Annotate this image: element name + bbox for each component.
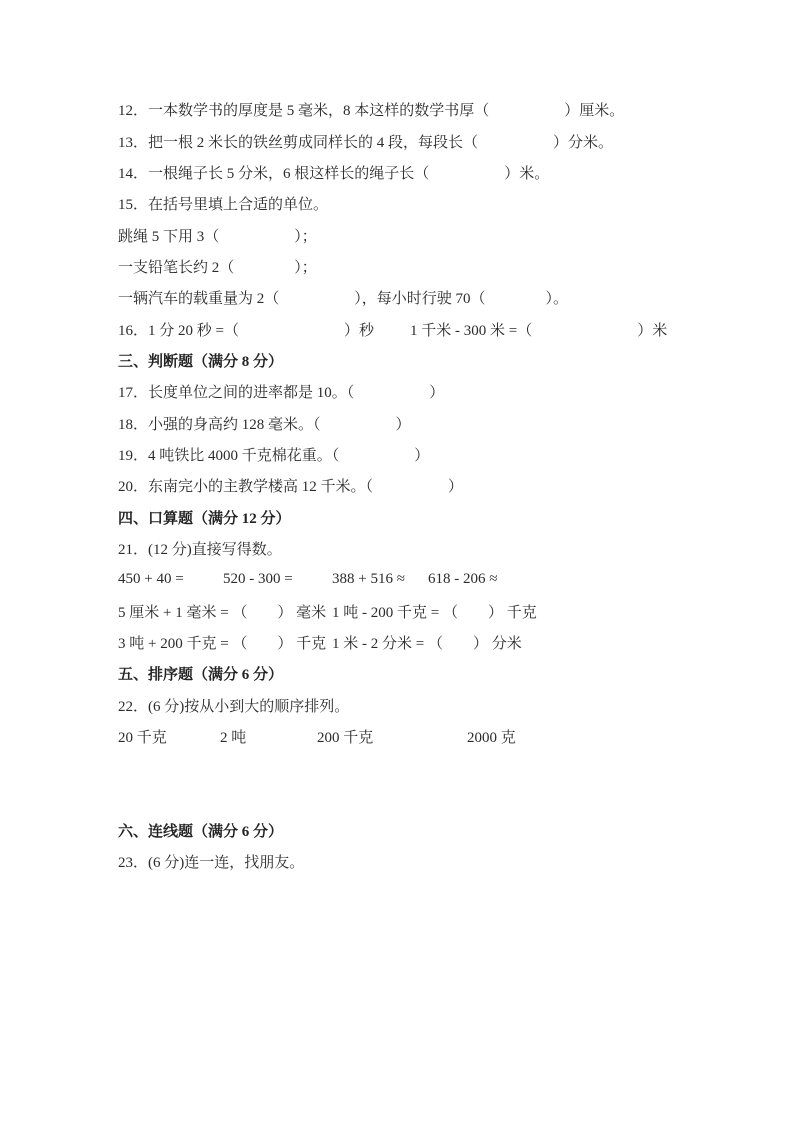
section-heading-sorting: 五、排序题（满分 6 分）	[118, 658, 733, 689]
question-15-item-1: 跳绳 5 下用 3（ ）；	[118, 219, 733, 250]
expression-ton-minus-kg: 1 吨 - 200 千克 = （ ） 千克	[332, 601, 537, 622]
section-heading-oral-calc: 四、口算题（满分 12 分）	[118, 501, 733, 532]
sort-item-2000g: 2000 克	[467, 726, 516, 747]
question-15-item-3: 一辆汽车的载重量为 2（ ），每小时行驶 70（ ）。	[118, 282, 733, 313]
question-22: 22．(6 分)按从小到大的顺序排列。	[118, 690, 733, 721]
question-17: 17．长度单位之间的进率都是 10。（ ）	[118, 376, 733, 407]
question-16-part-1: 16．1 分 20 秒 =（ ）秒	[118, 319, 410, 340]
expression-cm-plus-mm: 5 厘米 + 1 毫米 = （ ） 毫米	[118, 601, 332, 622]
blank-gap	[118, 752, 733, 815]
question-19: 19．4 吨铁比 4000 千克棉花重。（ ）	[118, 439, 733, 470]
oral-calc-row-1: 450 + 40 = 520 - 300 = 388 + 516 ≈ 618 -…	[118, 564, 733, 595]
exam-page: 12．一本数学书的厚度是 5 毫米，8 本这样的数学书厚（ ）厘米。 13．把一…	[0, 0, 793, 1122]
question-16: 16．1 分 20 秒 =（ ）秒 1 千米 - 300 米 =（ ）米	[118, 313, 733, 344]
question-20: 20．东南完小的主教学楼高 12 千米。（ ）	[118, 470, 733, 501]
question-21: 21．(12 分)直接写得数。	[118, 533, 733, 564]
sort-item-200kg: 200 千克	[317, 726, 467, 747]
section-heading-judgment: 三、判断题（满分 8 分）	[118, 345, 733, 376]
expression-450-plus-40: 450 + 40 =	[118, 571, 223, 588]
sort-items-row: 20 千克 2 吨 200 千克 2000 克	[118, 721, 733, 752]
question-23: 23．(6 分)连一连，找朋友。	[118, 846, 733, 877]
expression-ton-plus-kg: 3 吨 + 200 千克 = （ ） 千克	[118, 632, 332, 653]
question-18: 18．小强的身高约 128 毫米。（ ）	[118, 407, 733, 438]
sort-item-2t: 2 吨	[220, 726, 317, 747]
expression-388-plus-516: 388 + 516 ≈	[332, 571, 428, 588]
question-16-part-2: 1 千米 - 300 米 =（ ）米	[410, 319, 667, 340]
sort-item-20kg: 20 千克	[118, 726, 220, 747]
oral-calc-row-3: 3 吨 + 200 千克 = （ ） 千克 1 米 - 2 分米 = （ ） 分…	[118, 627, 733, 658]
question-12: 12．一本数学书的厚度是 5 毫米，8 本这样的数学书厚（ ）厘米。	[118, 94, 733, 125]
question-15: 15．在括号里填上合适的单位。	[118, 188, 733, 219]
expression-m-minus-dm: 1 米 - 2 分米 = （ ） 分米	[332, 632, 522, 653]
exam-content: 12．一本数学书的厚度是 5 毫米，8 本这样的数学书厚（ ）厘米。 13．把一…	[118, 94, 733, 878]
question-15-item-2: 一支铅笔长约 2（ ）；	[118, 251, 733, 282]
expression-618-minus-206: 618 - 206 ≈	[428, 571, 497, 588]
oral-calc-row-2: 5 厘米 + 1 毫米 = （ ） 毫米 1 吨 - 200 千克 = （ ） …	[118, 596, 733, 627]
question-13: 13．把一根 2 米长的铁丝剪成同样长的 4 段，每段长（ ）分米。	[118, 125, 733, 156]
question-14: 14．一根绳子长 5 分米，6 根这样长的绳子长（ ）米。	[118, 157, 733, 188]
section-heading-matching: 六、连线题（满分 6 分）	[118, 815, 733, 846]
expression-520-minus-300: 520 - 300 =	[223, 571, 332, 588]
